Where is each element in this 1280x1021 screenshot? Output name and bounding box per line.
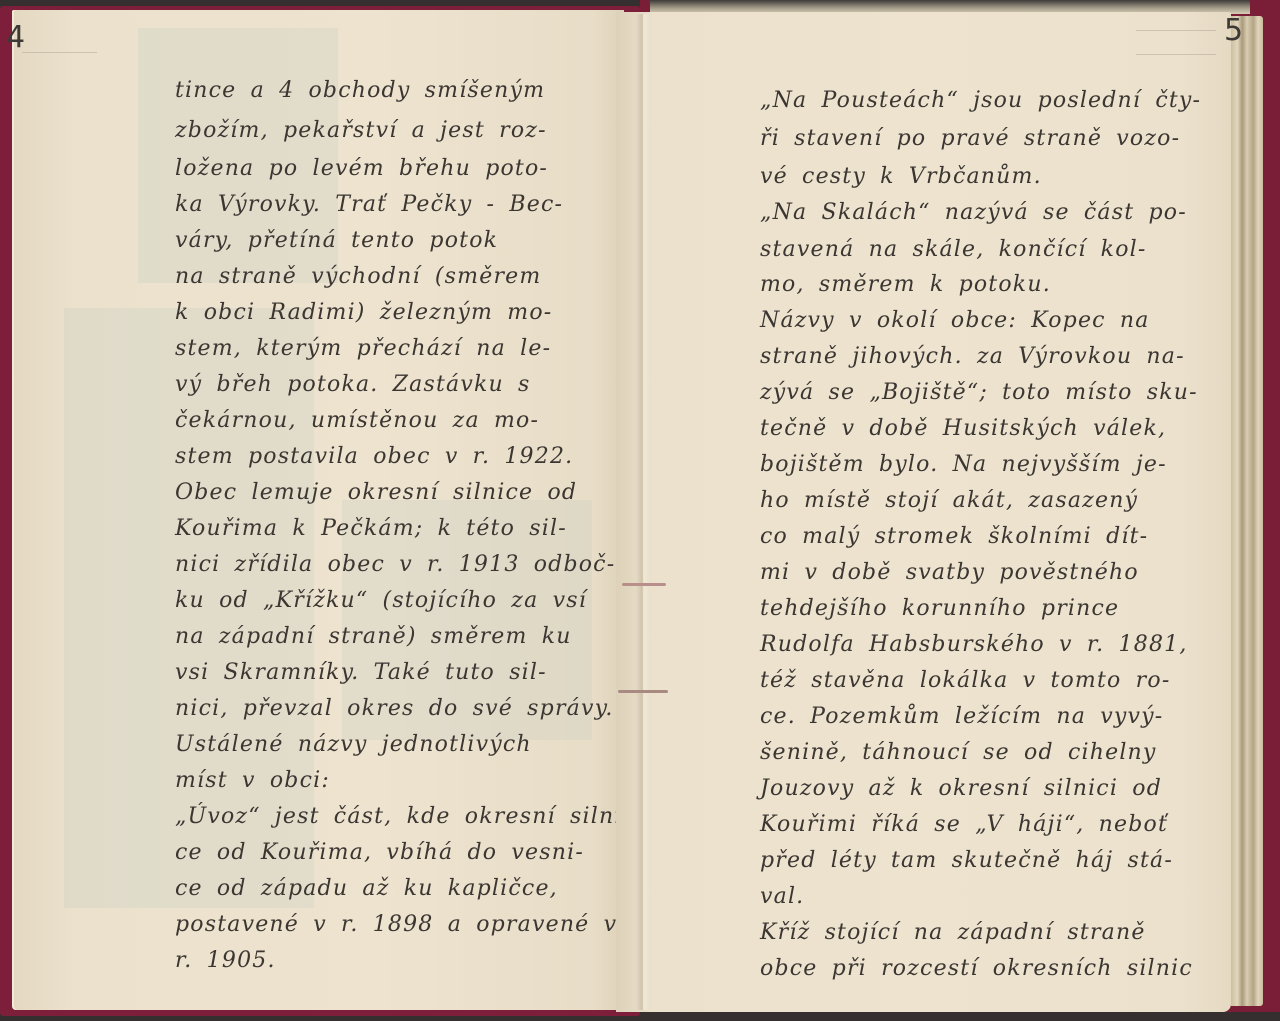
text-line: Kouřima k Pečkám; k této sil- bbox=[175, 516, 567, 541]
text-line: váry, přetíná tento potok bbox=[175, 228, 498, 253]
book-scan: 4 tince a 4 obchody smíšeným zbožím, pek… bbox=[0, 0, 1280, 1021]
page-number-rule bbox=[22, 52, 97, 53]
text-line: vsi Skramníky. Také tuto sil- bbox=[175, 660, 547, 685]
text-line: před léty tam skutečně háj stá- bbox=[760, 848, 1173, 873]
text-line: ho místě stojí akát, zasazený bbox=[760, 488, 1138, 513]
text-line: vý břeh potoka. Zastávku s bbox=[175, 372, 531, 397]
text-line: ce. Pozemkům ležícím na vyvý- bbox=[760, 704, 1163, 729]
text-line: bojištěm bylo. Na nejvyšším je- bbox=[760, 452, 1167, 477]
text-line: nici, převzal okres do své správy. bbox=[175, 696, 614, 721]
page-block-edges bbox=[1231, 16, 1263, 1006]
text-line: nici zřídila obec v r. 1913 odboč- bbox=[175, 552, 615, 577]
text-line: též stavěna lokálka v tomto ro- bbox=[760, 668, 1170, 693]
text-line: obce při rozcestí okresních silnic bbox=[760, 956, 1193, 981]
text-line: tehdejšího korunního prince bbox=[760, 596, 1119, 621]
text-line: k obci Radimi) železným mo- bbox=[175, 300, 552, 325]
binding-stitch bbox=[622, 583, 666, 586]
text-line: Rudolfa Habsburského v r. 1881, bbox=[760, 632, 1188, 657]
text-line: stem, kterým přechází na le- bbox=[175, 336, 551, 361]
text-line: postavené v r. 1898 a opravené v bbox=[175, 912, 617, 937]
left-page: 4 tince a 4 obchody smíšeným zbožím, pek… bbox=[12, 10, 624, 1010]
text-line: šenině, táhnoucí se od cihelny bbox=[760, 740, 1157, 765]
binding-stitch bbox=[618, 690, 668, 693]
text-line: ce od západu až ku kapličce, bbox=[175, 876, 558, 901]
text-line: míst v obci: bbox=[175, 768, 330, 793]
page-number-right: 5 bbox=[1224, 13, 1243, 48]
left-page-text: tince a 4 obchody smíšeným zbožím, pekař… bbox=[175, 10, 595, 1010]
text-line: Jouzovy až k okresní silnici od bbox=[760, 776, 1162, 801]
text-line: ložena po levém břehu poto- bbox=[175, 156, 548, 181]
text-line: val. bbox=[760, 884, 804, 909]
text-line: „Úvoz“ jest část, kde okresní silni- bbox=[175, 804, 631, 829]
text-line: mo, směrem k potoku. bbox=[760, 272, 1051, 297]
page-number-left: 4 bbox=[6, 20, 25, 55]
text-line: ce od Kouřima, vbíhá do vesni- bbox=[175, 840, 584, 865]
text-line: stavená na skále, končící kol- bbox=[760, 237, 1147, 262]
text-line: čekárnou, umístěnou za mo- bbox=[175, 408, 539, 433]
text-line: mi v době svatby pověstného bbox=[760, 560, 1139, 585]
text-line: tečně v době Husitských válek, bbox=[760, 416, 1166, 441]
text-line: straně jihových. za Výrovkou na- bbox=[760, 344, 1185, 369]
right-page: 5 „Na Pousteách“ jsou poslední čty- ři s… bbox=[616, 12, 1231, 1012]
text-line: zbožím, pekařství a jest roz- bbox=[175, 118, 547, 143]
book-gutter bbox=[636, 14, 650, 1010]
text-line: vé cesty k Vrbčanům. bbox=[760, 164, 1042, 189]
text-line: ka Výrovky. Trať Pečky - Bec- bbox=[175, 192, 563, 217]
right-page-text: „Na Pousteách“ jsou poslední čty- ři sta… bbox=[760, 12, 1200, 1012]
text-line: na straně východní (směrem bbox=[175, 264, 541, 289]
text-line: Kouřimi říká se „V háji“, neboť bbox=[760, 812, 1168, 837]
text-line: „Na Skalách“ nazývá se část po- bbox=[760, 200, 1187, 225]
text-line: Ustálené názvy jednotlivých bbox=[175, 732, 532, 757]
text-line: Kříž stojící na západní straně bbox=[760, 920, 1146, 945]
text-line: na západní straně) směrem ku bbox=[175, 624, 572, 649]
text-line: Názvy v okolí obce: Kopec na bbox=[760, 308, 1150, 333]
text-line: zývá se „Bojiště“; toto místo sku- bbox=[760, 380, 1198, 405]
text-line: ku od „Křížku“ (stojícího za vsí bbox=[175, 588, 587, 613]
text-line: Obec lemuje okresní silnice od bbox=[175, 480, 577, 505]
text-line: „Na Pousteách“ jsou poslední čty- bbox=[760, 88, 1201, 113]
text-line: co malý stromek školními dít- bbox=[760, 524, 1148, 549]
text-line: stem postavila obec v r. 1922. bbox=[175, 444, 573, 469]
text-line: ři stavení po pravé straně vozo- bbox=[760, 126, 1180, 151]
text-line: tince a 4 obchody smíšeným bbox=[175, 78, 545, 103]
text-line: r. 1905. bbox=[175, 948, 276, 973]
